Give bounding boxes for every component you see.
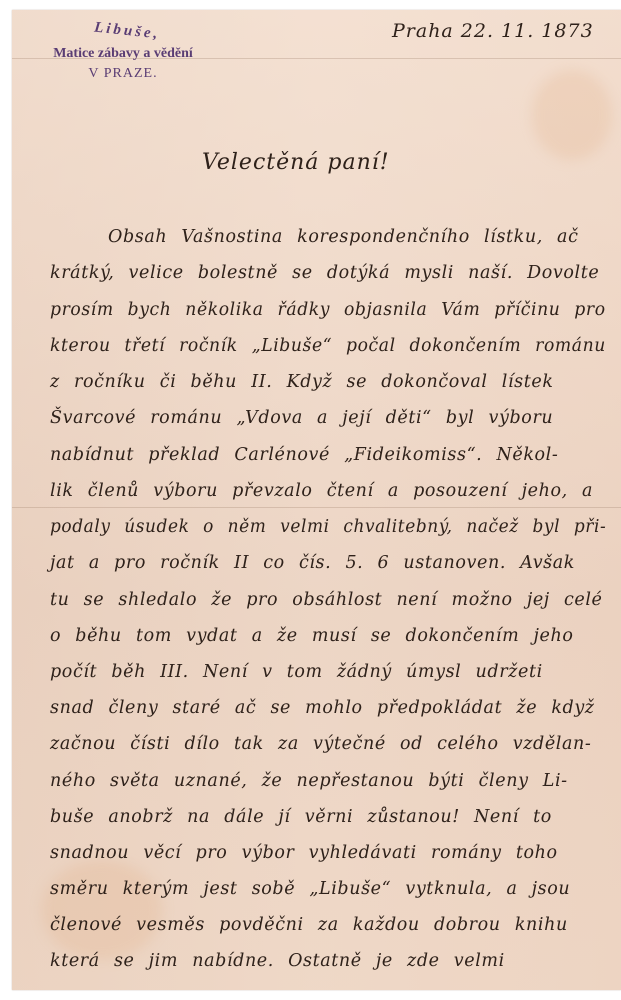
letter-line: kterou třetí ročník „Libuše“ počal dokon… <box>50 336 606 356</box>
letter-line: Švarcové románu „Vdova a její děti“ byl … <box>50 408 553 428</box>
letter-line: členové vesměs povděčni za každou dobrou… <box>50 915 568 935</box>
letter-line: z ročníku či běhu II. Když se dokončoval… <box>50 372 554 392</box>
letter-line: Obsah Vašnostina korespondenčního lístku… <box>108 227 579 247</box>
letter-line: krátký, velice bolestně se dotýká mysli … <box>50 263 599 283</box>
paper-fold-line <box>12 507 621 508</box>
letter-line: počít běh III. Není v tom žádný úmysl ud… <box>50 662 543 682</box>
letter-line: snadnou věcí pro výbor vyhledávati román… <box>50 843 558 863</box>
letter-line: podaly úsudek o něm velmi chvalitebný, n… <box>50 517 606 537</box>
letter-line: nabídnut překlad Carlénové „Fideikomiss“… <box>50 445 558 465</box>
letter-line: ného světa uznané, že nepřestanou býti č… <box>50 771 568 791</box>
paper-stain <box>42 860 162 960</box>
letter-line: o běhu tom vydat a že musí se dokončením… <box>50 626 573 646</box>
letterhead-city: V PRAZE. <box>28 66 218 82</box>
letter-line: prosím bych několika řádky objasnila Vám… <box>50 300 606 320</box>
letter-line: která se jim nabídne. Ostatně je zde vel… <box>50 951 505 971</box>
letter-line: tu se shledalo že pro obsáhlost není mož… <box>50 590 603 610</box>
paper-stain <box>532 70 612 160</box>
letterhead-society-name: Libuše, <box>93 20 161 44</box>
letter-line: lik členů výboru převzalo čtení a posouz… <box>50 481 593 501</box>
letter-line: jat a pro ročník II co čís. 5. 6 ustanov… <box>50 553 575 573</box>
letter-line: snad členy staré ač se mohlo předpokláda… <box>50 698 595 718</box>
letter-dateline: Praha 22. 11. 1873 <box>392 20 594 42</box>
letter-line: buše anobrž na dále jí věrni zůstanou! N… <box>50 807 552 827</box>
letter-line: směru kterým jest sobě „Libuše“ vytknula… <box>50 879 570 899</box>
letter-line: začnou čísti dílo tak za výtečné od celé… <box>50 734 591 754</box>
letterhead-subtitle: Matice zábavy a vědění <box>28 46 218 62</box>
letter-salutation: Velectěná paní! <box>202 150 390 175</box>
letterhead-stamp: Libuše, Matice zábavy a vědění V PRAZE. <box>28 20 218 82</box>
